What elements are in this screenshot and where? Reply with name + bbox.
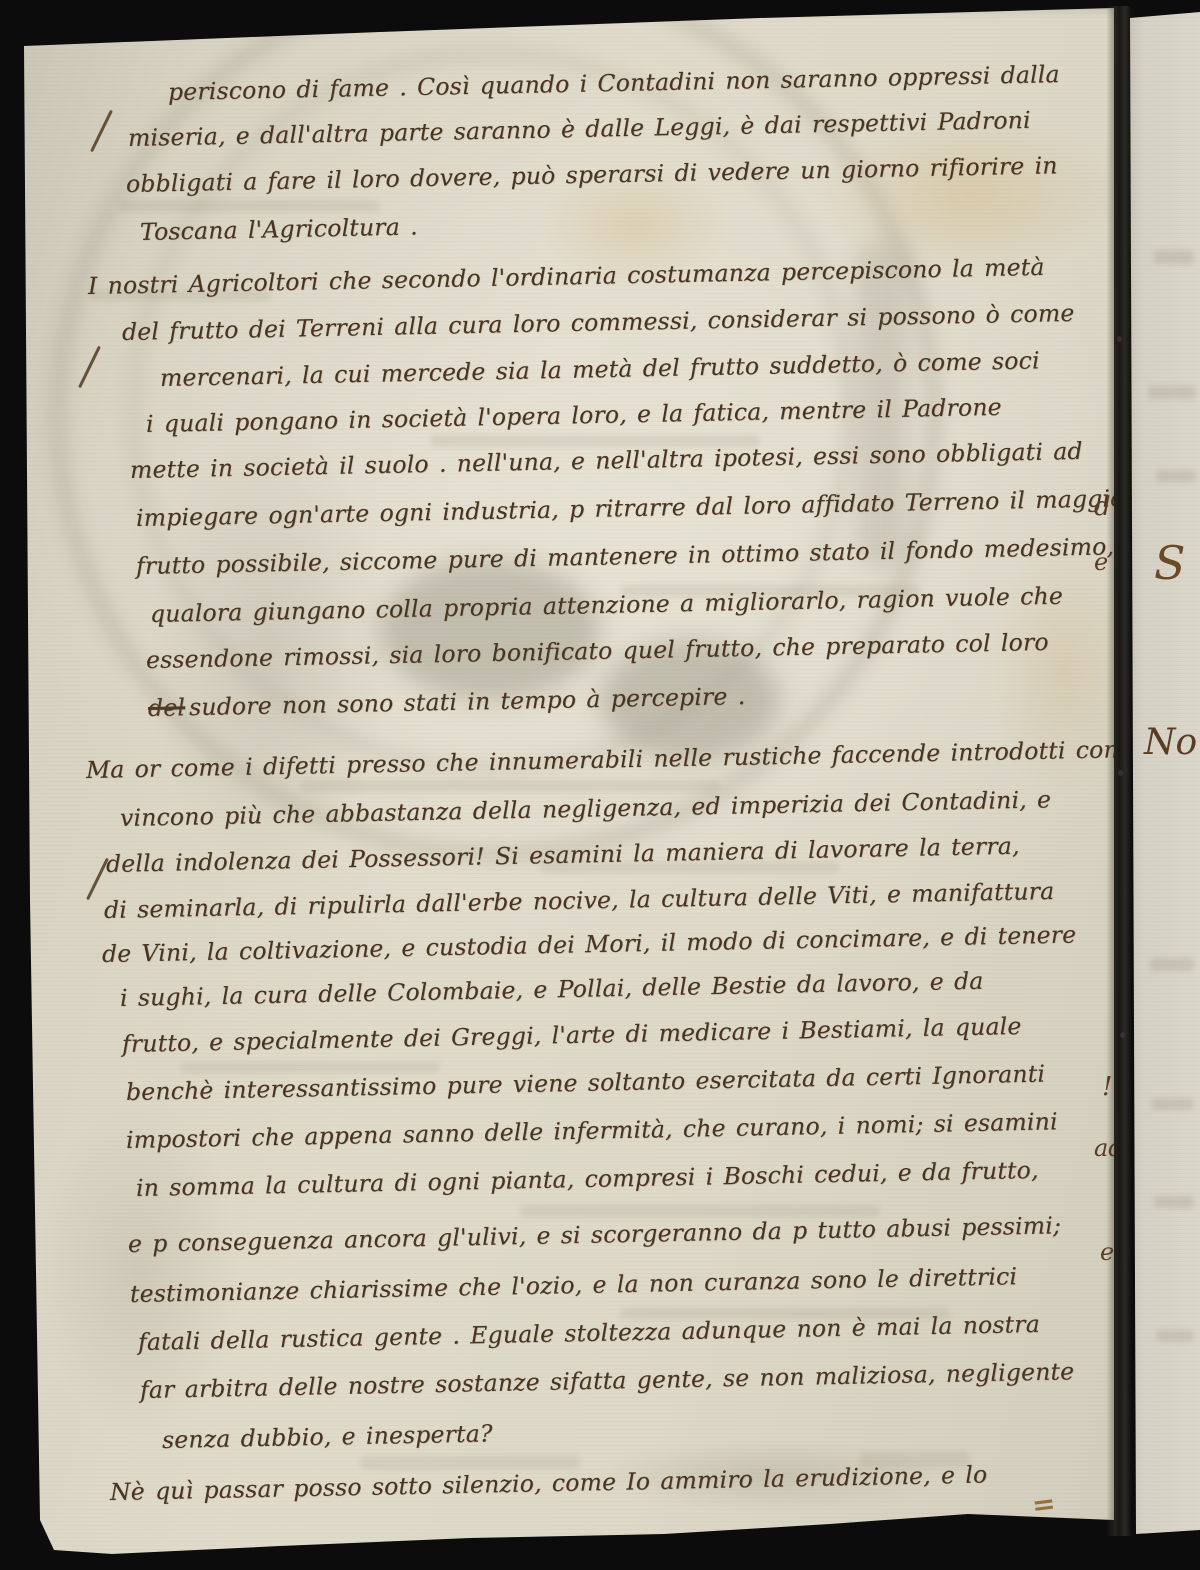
scanned-manuscript: periscono di fame . Così quando i Contad… bbox=[0, 0, 1200, 1570]
manuscript-line: Toscana l'Agricoltura . bbox=[140, 212, 418, 246]
manuscript-line: benchè interessantissimo pure viene solt… bbox=[126, 1060, 1046, 1106]
margin-stroke bbox=[78, 346, 101, 389]
manuscript-line: de Vini, la coltivazione, e custodia dei… bbox=[102, 920, 1077, 968]
manuscript-line: in somma la cultura di ogni pianta, comp… bbox=[136, 1156, 1039, 1202]
manuscript-line: del frutto dei Terreni alla cura loro co… bbox=[122, 299, 1075, 346]
manuscript-line: mette in società il suolo . nell'una, e … bbox=[130, 437, 1083, 484]
adjacent-page-letter: No bbox=[1144, 722, 1197, 763]
manuscript-line: miseria, e dall'altra parte saranno è da… bbox=[128, 106, 1031, 152]
manuscript-line: e p conseguenza ancora gl'ulivi, e si sc… bbox=[128, 1211, 1062, 1258]
manuscript-line: periscono di fame . Così quando i Contad… bbox=[168, 60, 1060, 106]
edge-letter-fragment: d bbox=[1094, 492, 1111, 522]
manuscript-line: far arbitra delle nostre sostanze sifatt… bbox=[140, 1357, 1075, 1404]
stamp-blob bbox=[380, 560, 600, 700]
manuscript-line: senza dubbio, e inesperta? bbox=[162, 1419, 493, 1454]
adjacent-page-edge: S No bbox=[1120, 0, 1200, 1570]
manuscript-line: impiegare ogn'arte ogni industria, p rit… bbox=[136, 484, 1136, 532]
strikethrough-word: del bbox=[148, 693, 186, 722]
manuscript-line: obbligati a fare il loro dovere, può spe… bbox=[126, 151, 1058, 198]
manuscript-line: di seminarla, di ripulirla dall'erbe noc… bbox=[104, 877, 1055, 924]
end-of-page-mark: = bbox=[1030, 1487, 1055, 1522]
manuscript-line: fatali della rustica gente . Eguale stol… bbox=[138, 1310, 1040, 1356]
ink-dot bbox=[1117, 336, 1122, 342]
manuscript-line: Ma or come i difetti presso che innumera… bbox=[86, 735, 1139, 784]
manuscript-line: frutto, e specialmente dei Greggi, l'art… bbox=[122, 1012, 1022, 1058]
margin-stroke bbox=[86, 858, 109, 901]
edge-letter-fragment: e bbox=[1094, 548, 1108, 576]
adjacent-page-letter: S bbox=[1154, 536, 1186, 590]
edge-letter-fragment: ! bbox=[1102, 1072, 1112, 1102]
ink-dot bbox=[1118, 770, 1123, 776]
edge-letter-fragment: e bbox=[1100, 1238, 1114, 1266]
manuscript-line: Nè quì passar posso sotto silenzio, come… bbox=[110, 1460, 988, 1506]
manuscript-line: della indolenza dei Possessori! Si esami… bbox=[106, 832, 1020, 878]
manuscript-line: impostori che appena sanno delle infermi… bbox=[126, 1107, 1058, 1154]
manuscript-line: frutto possibile, siccome pure di manten… bbox=[136, 532, 1139, 580]
manuscript-line: i sughi, la cura delle Colombaie, e Poll… bbox=[120, 967, 984, 1012]
manuscript-page: periscono di fame . Così quando i Contad… bbox=[0, 0, 1128, 1570]
edge-letter-fragment: ad bbox=[1094, 1134, 1124, 1162]
margin-stroke bbox=[90, 110, 113, 153]
ink-dot bbox=[1120, 1032, 1125, 1038]
manuscript-line: vincono più che abbastanza della neglige… bbox=[120, 785, 1052, 832]
manuscript-line: testimonianze chiarissime che l'ozio, e … bbox=[130, 1262, 1018, 1308]
manuscript-line: qualora giungano colla propria attenzion… bbox=[150, 582, 1064, 628]
